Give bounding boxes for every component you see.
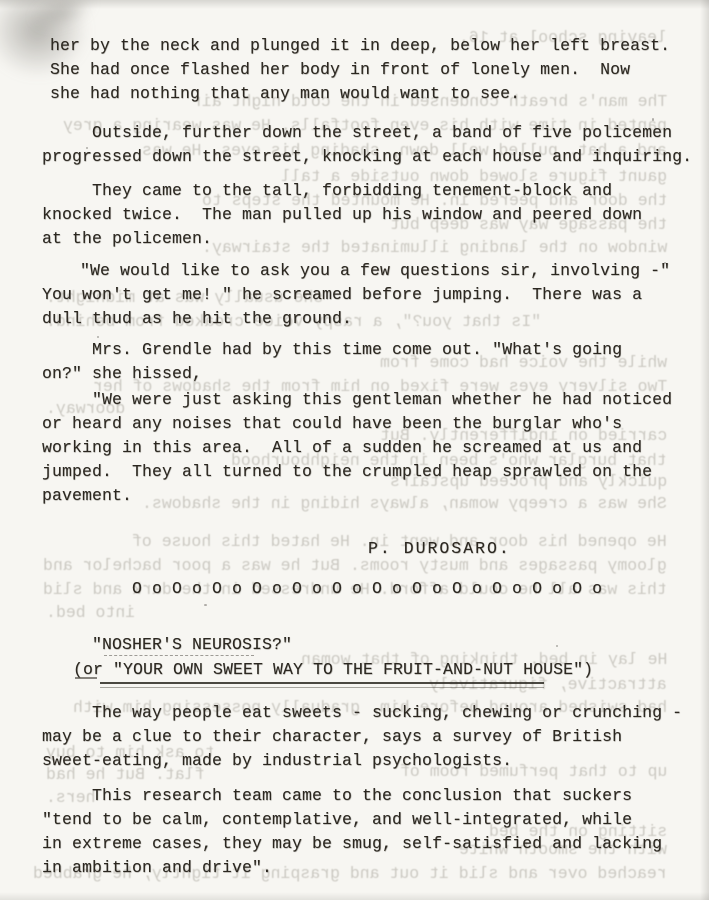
title-underline (104, 655, 254, 656)
scan-edge-shading (700, 0, 709, 900)
text-line: dull thud as he hit the ground. (42, 307, 670, 331)
text-line: on?" she hissed, (42, 362, 622, 386)
text-line: her by the neck and plunged it in deep, … (50, 34, 670, 58)
text-line: They came to the tall, forbidding teneme… (42, 179, 642, 203)
story1-paragraph-2: Outside, further down the street, a band… (42, 121, 692, 169)
text-line: You won't get me! " he screamed before j… (42, 283, 670, 307)
text-line: she had nothing that any man would want … (50, 82, 670, 106)
subtitle-underline (75, 677, 97, 679)
text-line: at the policemen. (42, 227, 642, 251)
text-line: working in this area. All of a sudden he… (42, 436, 672, 460)
ink-speck (556, 645, 558, 647)
text-line: The way people eat sweets - sucking, che… (42, 701, 682, 725)
story1-paragraph-3: They came to the tall, forbidding teneme… (42, 179, 642, 251)
story1-paragraph-5: Mrs. Grendle had by this time come out. … (42, 338, 622, 386)
text-line: in ambition and drive". (42, 856, 662, 880)
text-line: "tend to be calm, contemplative, and wel… (42, 808, 662, 832)
scan-edge-shading (0, 892, 709, 900)
story1-paragraph-1: her by the neck and plunged it in deep, … (50, 34, 670, 106)
text-line: knocked twice. The man pulled up his win… (42, 203, 642, 227)
story1-paragraph-4: "We would like to ask you a few question… (42, 259, 670, 331)
scan-edge-shading (0, 0, 709, 9)
text-line: progressed down the street, knocking at … (42, 145, 692, 169)
text-line: pavement. (42, 484, 672, 508)
scanned-document-page: leaving school at 16. The man's breath c… (0, 0, 709, 900)
subtitle-underline (100, 682, 544, 688)
text-line: or heard any noises that could have been… (42, 412, 672, 436)
section-separator: O o O o O o O o O o O o O o O o O o O o … (132, 577, 602, 601)
text-line: may be a clue to their character, says a… (42, 725, 682, 749)
text-line: "We would like to ask you a few question… (42, 259, 670, 283)
story1-paragraph-6: "We were just asking this gentleman whet… (42, 388, 672, 508)
bleedthrough-text: into bed. (46, 601, 135, 625)
story-title: "NOSHER'S NEUROSIS?" (92, 633, 292, 657)
text-line: jumped. They all turned to the crumpled … (42, 460, 672, 484)
story-subtitle: (or "YOUR OWN SWEET WAY TO THE FRUIT-AND… (73, 658, 593, 682)
ink-speck (204, 604, 207, 606)
text-line: "We were just asking this gentleman whet… (42, 388, 672, 412)
text-line: Outside, further down the street, a band… (42, 121, 692, 145)
text-line: This research team came to the conclusio… (42, 784, 662, 808)
text-line: Mrs. Grendle had by this time come out. … (42, 338, 622, 362)
story2-paragraph-2: This research team came to the conclusio… (42, 784, 662, 880)
bleedthrough-text: gloomy passages and musty rooms. But he … (43, 554, 667, 578)
text-line: in extreme cases, they may be smug, self… (42, 832, 662, 856)
text-line: She had once flashed her body in front o… (50, 58, 670, 82)
author-signature: P. DUROSARO. (368, 537, 511, 561)
story2-paragraph-1: The way people eat sweets - sucking, che… (42, 701, 682, 773)
text-line: sweet-eating, made by industrial psychol… (42, 749, 682, 773)
